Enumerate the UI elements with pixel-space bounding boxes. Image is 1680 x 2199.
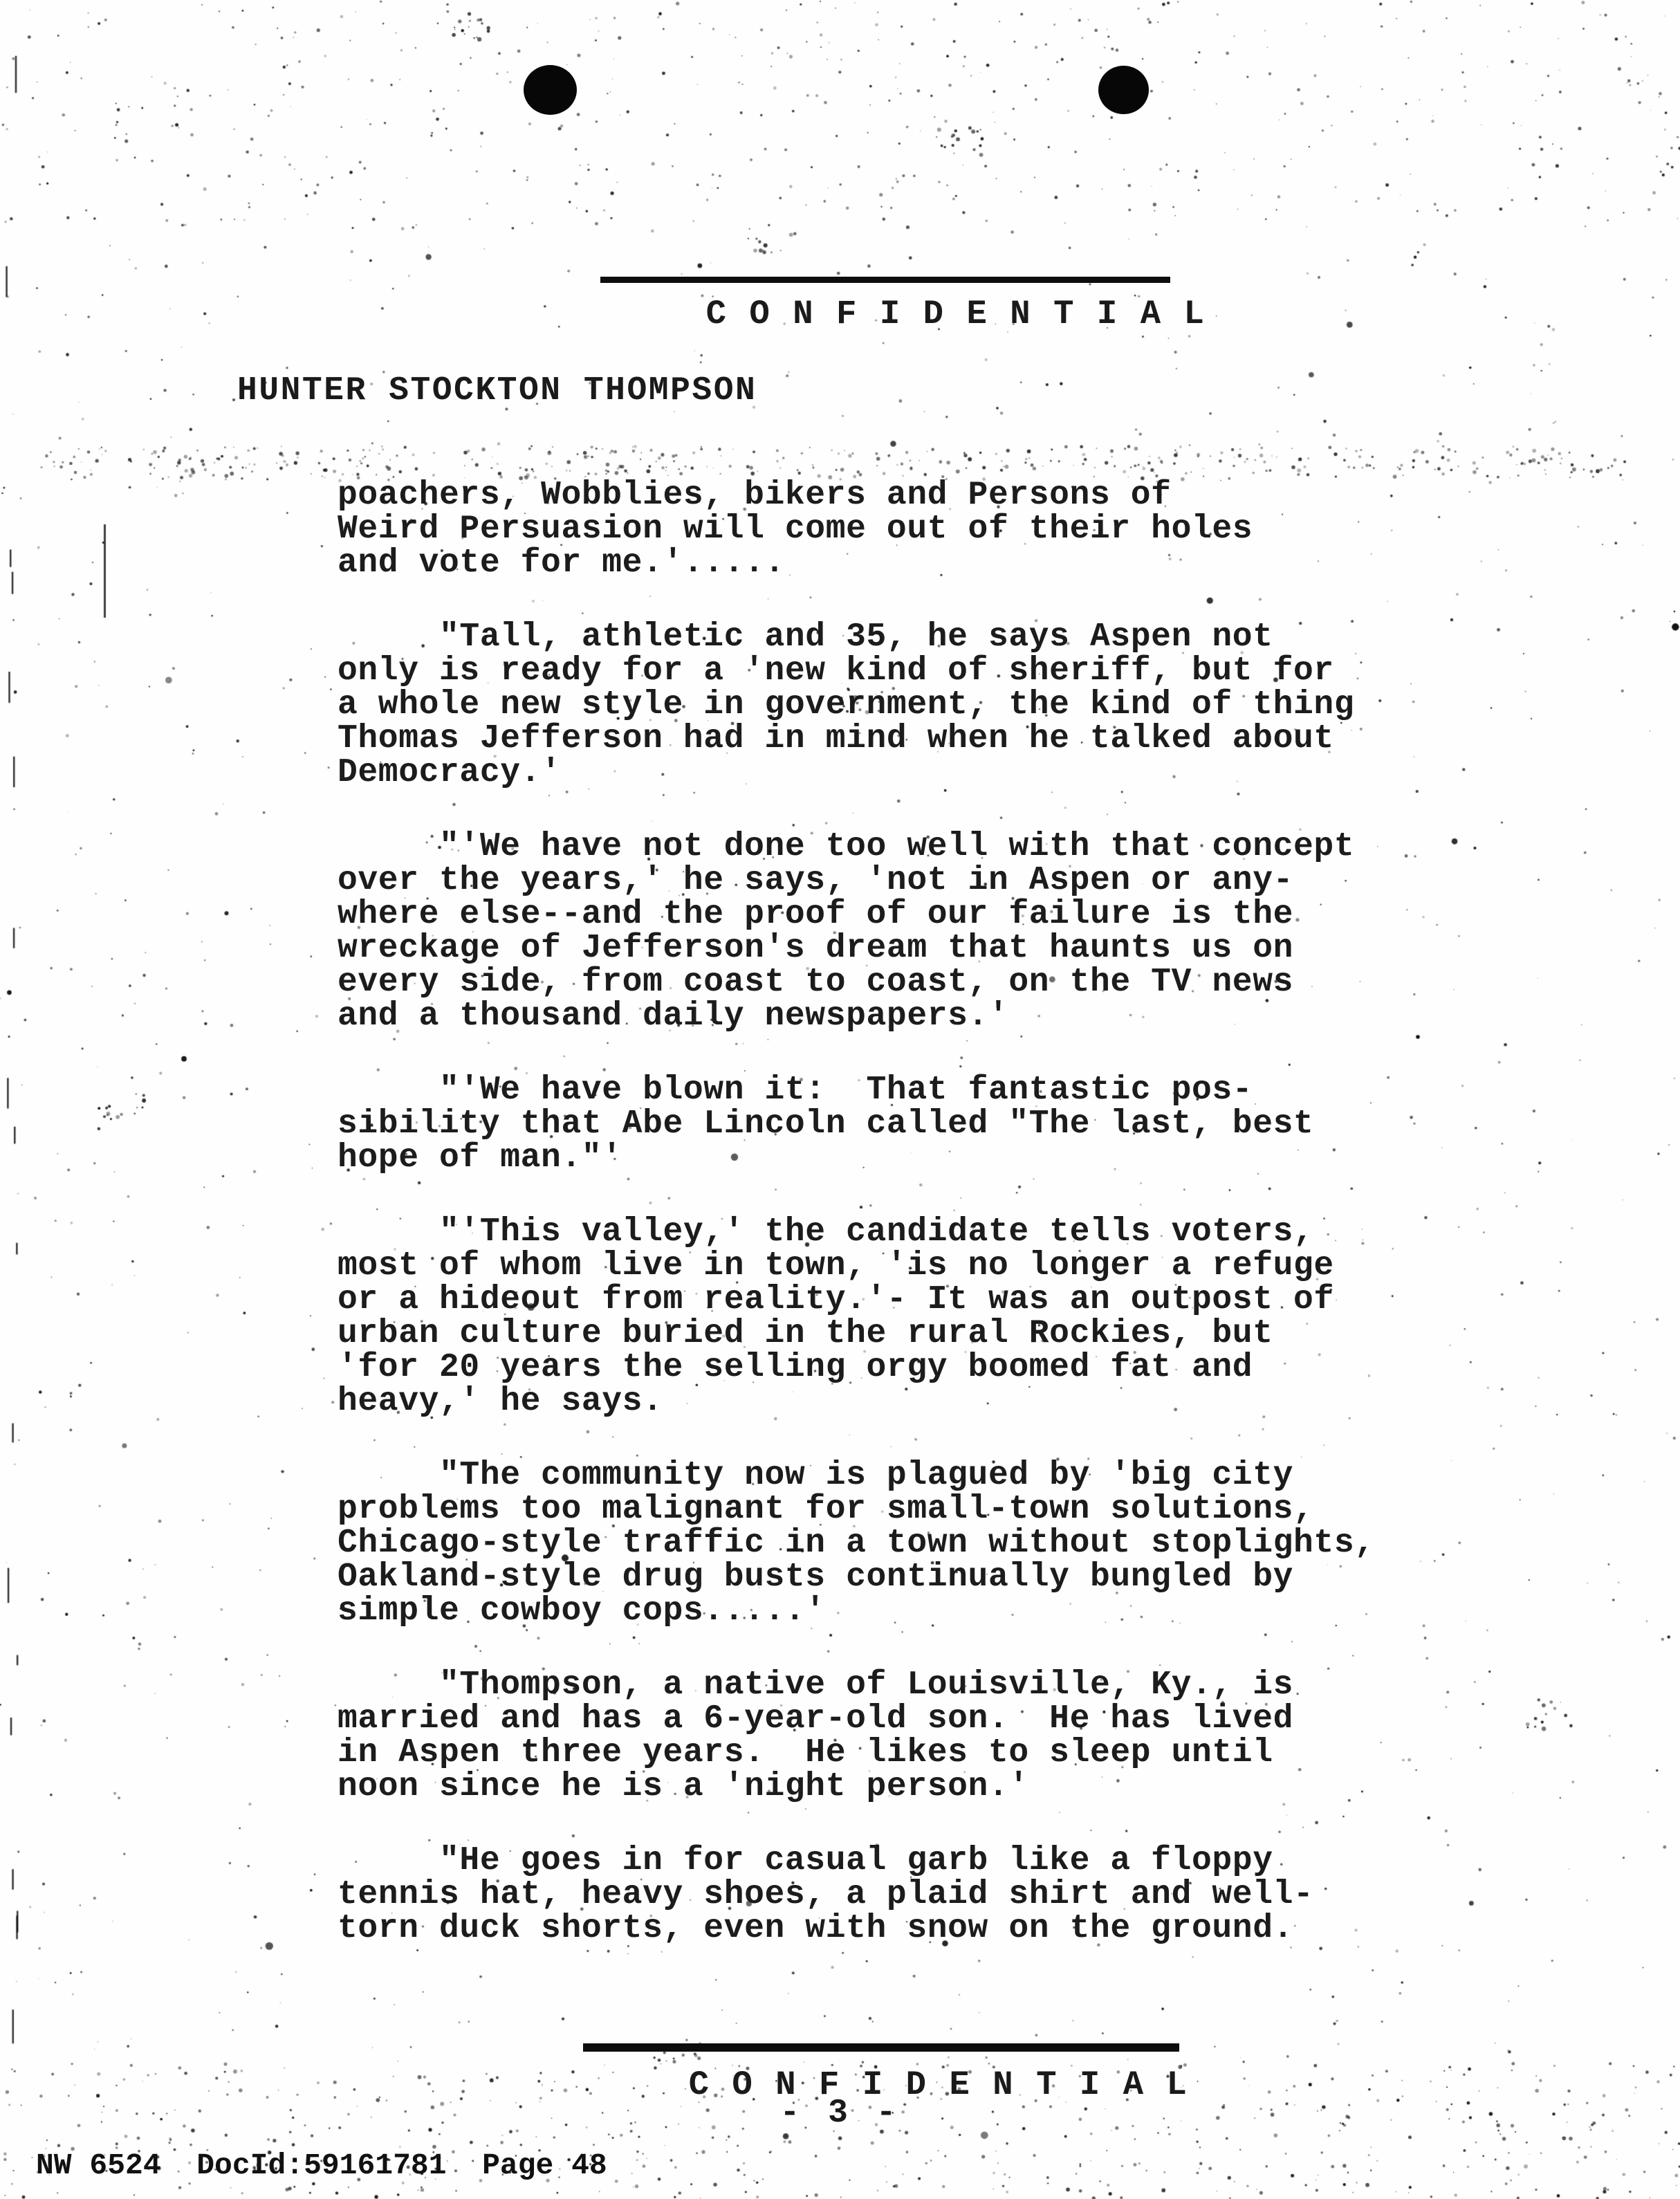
paragraph: "'We have blown it: That fantastic pos- … — [338, 1074, 1513, 1175]
paragraph: "'We have not done too well with that co… — [338, 830, 1513, 1033]
paragraph: "He goes in for casual garb like a flopp… — [338, 1844, 1513, 1946]
hole-punch-right — [1098, 66, 1149, 114]
subject-heading: HUNTER STOCKTON THOMPSON — [237, 372, 757, 410]
document-id-footer: NW 6524 DocId:59161781 Page 48 — [36, 2149, 607, 2182]
paragraph: "Thompson, a native of Louisville, Ky., … — [338, 1668, 1513, 1804]
paragraph: "The community now is plagued by 'big ci… — [338, 1459, 1513, 1628]
scanned-document-page: C O N F I D E N T I A L HUNTER STOCKTON … — [0, 0, 1680, 2199]
classification-text-top: C O N F I D E N T I A L — [706, 295, 1206, 333]
document-body: poachers, Wobblies, bikers and Persons o… — [338, 479, 1513, 1986]
strikethrough-line-bottom — [583, 2043, 1179, 2052]
paragraph: "Tall, athletic and 35, he says Aspen no… — [338, 620, 1513, 790]
hole-punch-left — [524, 65, 577, 115]
paragraph: "'This valley,' the candidate tells vote… — [338, 1215, 1513, 1419]
page-number: - 3 - — [0, 2095, 1680, 2132]
strikethrough-line-top — [600, 277, 1170, 283]
paragraph: poachers, Wobblies, bikers and Persons o… — [338, 479, 1513, 580]
